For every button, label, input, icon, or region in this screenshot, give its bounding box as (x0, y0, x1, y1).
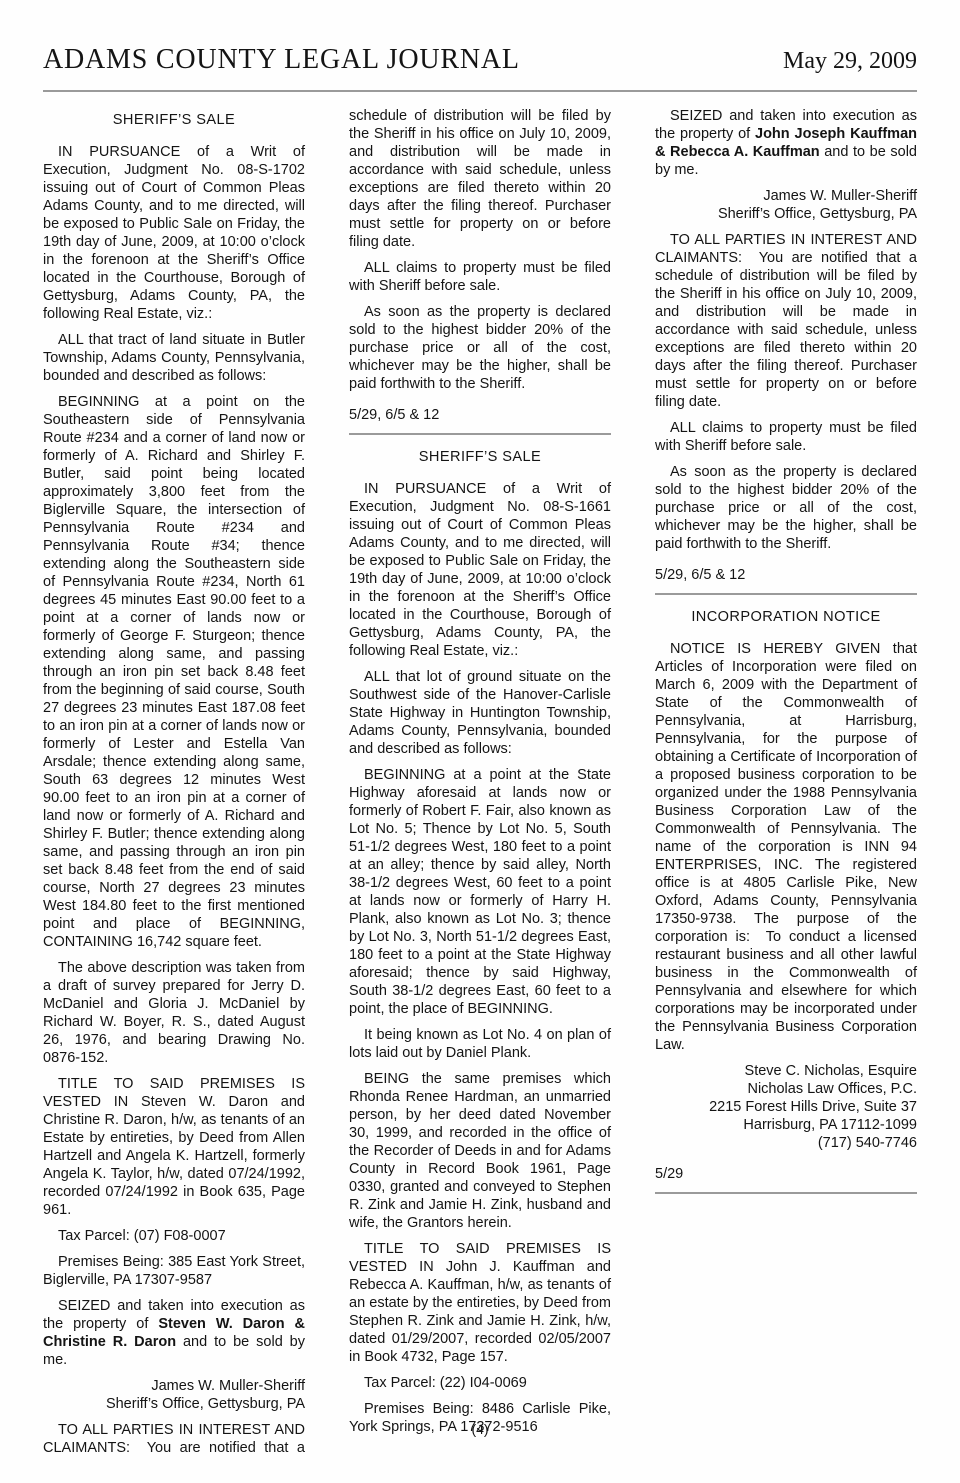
signature-line: (717) 540-7746 (655, 1134, 917, 1152)
publication-dates: 5/29 (655, 1165, 917, 1183)
publication-dates: 5/29, 6/5 & 12 (655, 566, 917, 584)
notice-paragraph: As soon as the property is declared sold… (655, 463, 917, 553)
section-divider (655, 1192, 917, 1194)
signature-line: Steve C. Nicholas, Esquire (655, 1062, 917, 1080)
notice-paragraph: It being known as Lot No. 4 on plan of l… (349, 1026, 611, 1062)
publication-dates: 5/29, 6/5 & 12 (349, 406, 611, 424)
notice-paragraph: IN PURSUANCE of a Writ of Execution, Jud… (349, 480, 611, 660)
notice-paragraph: SEIZED and taken into execution as the p… (43, 1297, 305, 1369)
signature-line: Nicholas Law Offices, P.C. (655, 1080, 917, 1098)
notice-heading: SHERIFF’S SALE (349, 448, 611, 466)
notice-paragraph: TITLE TO SAID PREMISES IS VESTED IN John… (349, 1240, 611, 1366)
notice-heading: INCORPORATION NOTICE (655, 608, 917, 626)
signature-line: James W. Muller-Sheriff (43, 1377, 305, 1395)
notice-paragraph: ALL claims to property must be filed wit… (349, 259, 611, 295)
signature-line: 2215 Forest Hills Drive, Suite 37 (655, 1098, 917, 1116)
signature-block: James W. Muller-SheriffSheriff’s Office,… (43, 1377, 305, 1413)
section-divider (349, 433, 611, 435)
section-divider (655, 593, 917, 595)
signature-line: Sheriff’s Office, Gettysburg, PA (43, 1395, 305, 1413)
issue-date: May 29, 2009 (783, 48, 917, 75)
signature-line: Sheriff’s Office, Gettysburg, PA (655, 205, 917, 223)
signature-block: James W. Muller-SheriffSheriff’s Office,… (655, 187, 917, 223)
masthead-divider (43, 90, 917, 92)
notice-heading: SHERIFF’S SALE (43, 111, 305, 129)
page-number: (4) (0, 1420, 960, 1438)
notice-paragraph: TO ALL PARTIES IN INTEREST AND CLAIMANTS… (655, 231, 917, 411)
column-1: SHERIFF’S SALEIN PURSUANCE of a Writ of … (43, 107, 305, 1465)
notice-paragraph: BEING the same premises which Rhonda Ren… (349, 1070, 611, 1232)
signature-line: James W. Muller-Sheriff (655, 187, 917, 205)
notice-paragraph: schedule of distribution will be filed b… (349, 107, 611, 251)
column-3: SEIZED and taken into execution as the p… (655, 107, 917, 1465)
notice-paragraph: As soon as the property is declared sold… (349, 303, 611, 393)
notice-paragraph: IN PURSUANCE of a Writ of Execution, Jud… (43, 143, 305, 323)
notice-paragraph: The above description was taken from a d… (43, 959, 305, 1067)
column-2: schedule of distribution will be filed b… (349, 107, 611, 1465)
notice-paragraph: ALL claims to property must be filed wit… (655, 419, 917, 455)
notice-paragraph: BEGINNING at a point at the State Highwa… (349, 766, 611, 1018)
notice-paragraph: ALL that tract of land situate in Butler… (43, 331, 305, 385)
signature-block: Steve C. Nicholas, EsquireNicholas Law O… (655, 1062, 917, 1152)
notice-paragraph: NOTICE IS HEREBY GIVEN that Articles of … (655, 640, 917, 1054)
legal-journal-page: ADAMS COUNTY LEGAL JOURNAL May 29, 2009 … (0, 0, 960, 1483)
notice-paragraph: TITLE TO SAID PREMISES IS VESTED IN Stev… (43, 1075, 305, 1219)
notice-paragraph: Tax Parcel: (22) I04-0069 (349, 1374, 611, 1392)
notice-paragraph: Tax Parcel: (07) F08-0007 (43, 1227, 305, 1245)
notice-paragraph: Premises Being: 385 East York Street, Bi… (43, 1253, 305, 1289)
notice-paragraph: ALL that lot of ground situate on the So… (349, 668, 611, 758)
notice-paragraph: BEGINNING at a point on the Southeastern… (43, 393, 305, 951)
notice-paragraph: SEIZED and taken into execution as the p… (655, 107, 917, 179)
journal-title: ADAMS COUNTY LEGAL JOURNAL (43, 44, 520, 76)
masthead: ADAMS COUNTY LEGAL JOURNAL May 29, 2009 (43, 44, 917, 76)
signature-line: Harrisburg, PA 17112-1099 (655, 1116, 917, 1134)
article-columns: SHERIFF’S SALEIN PURSUANCE of a Writ of … (43, 107, 917, 1465)
